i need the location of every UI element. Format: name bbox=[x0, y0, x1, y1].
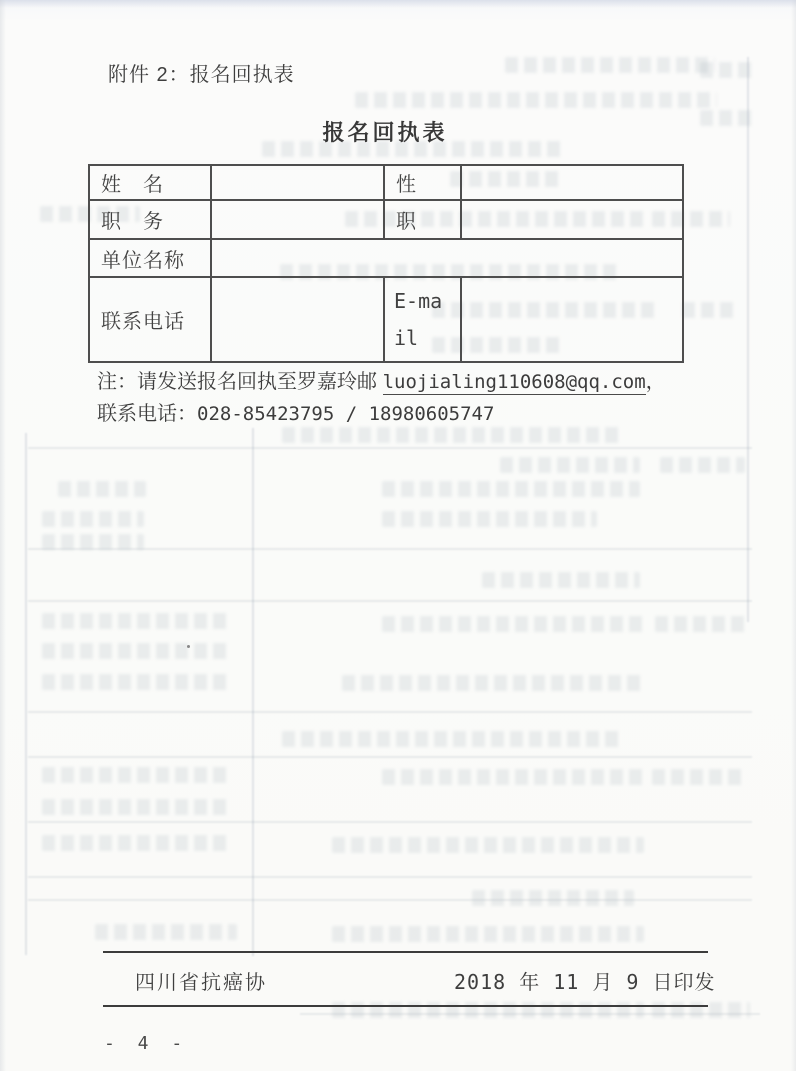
email-link[interactable]: luojialing110608@qq.com bbox=[383, 371, 646, 395]
position-value-cell bbox=[211, 200, 384, 239]
scanned-document-page: 附件 2：报名回执表 报名回执表 姓 名 性 职 务 职 单位名称 bbox=[0, 0, 796, 1071]
footer-rule-top bbox=[103, 951, 708, 953]
table-row: 联系电话 E-mail bbox=[89, 277, 683, 362]
gender-label-cell: 性 bbox=[384, 165, 461, 200]
contact-phone-numbers: 028-85423795 / 18980605747 bbox=[197, 403, 494, 425]
note-line-1: 注：请发送报名回执至罗嘉玲邮 luojialing110608@qq.com， bbox=[97, 366, 703, 398]
email-label-cell: E-mail bbox=[384, 277, 461, 362]
note-line2-label: 联系电话： bbox=[97, 403, 197, 425]
page-title: 报名回执表 bbox=[88, 116, 682, 147]
jobtitle-value-cell bbox=[461, 200, 683, 239]
document-content: 附件 2：报名回执表 报名回执表 姓 名 性 职 务 职 单位名称 bbox=[0, 0, 796, 1071]
unit-label-cell: 单位名称 bbox=[89, 239, 211, 277]
table-row: 单位名称 bbox=[89, 239, 683, 277]
note-line1-prefix: 注：请发送报名回执至罗嘉玲邮 bbox=[97, 371, 383, 393]
table-row: 姓 名 性 bbox=[89, 165, 683, 200]
footer-issue-date: 2018 年 11 月 9 日印发 bbox=[454, 966, 716, 995]
name-value-cell bbox=[211, 165, 384, 200]
jobtitle-label-cell: 职 bbox=[384, 200, 461, 239]
table-row: 职 务 职 bbox=[89, 200, 683, 239]
attachment-label: 附件 2：报名回执表 bbox=[108, 58, 295, 87]
footer-issuer: 四川省抗癌协 bbox=[135, 966, 267, 995]
note-line-2: 联系电话：028-85423795 / 18980605747 bbox=[97, 398, 703, 430]
registration-reply-table: 姓 名 性 职 务 职 单位名称 联系电话 E-mail bbox=[88, 164, 684, 363]
name-label-cell: 姓 名 bbox=[89, 165, 211, 200]
gender-value-cell bbox=[461, 165, 683, 200]
unit-value-cell bbox=[211, 239, 683, 277]
phone-value-cell bbox=[211, 277, 384, 362]
page-number: - 4 - bbox=[104, 1033, 188, 1054]
position-label-cell: 职 务 bbox=[89, 200, 211, 239]
email-value-cell bbox=[461, 277, 683, 362]
note-line1-suffix: ， bbox=[646, 371, 666, 393]
footer-rule-bottom bbox=[103, 1005, 708, 1007]
phone-label-cell: 联系电话 bbox=[89, 277, 211, 362]
note-block: 注：请发送报名回执至罗嘉玲邮 luojialing110608@qq.com， … bbox=[97, 366, 703, 430]
